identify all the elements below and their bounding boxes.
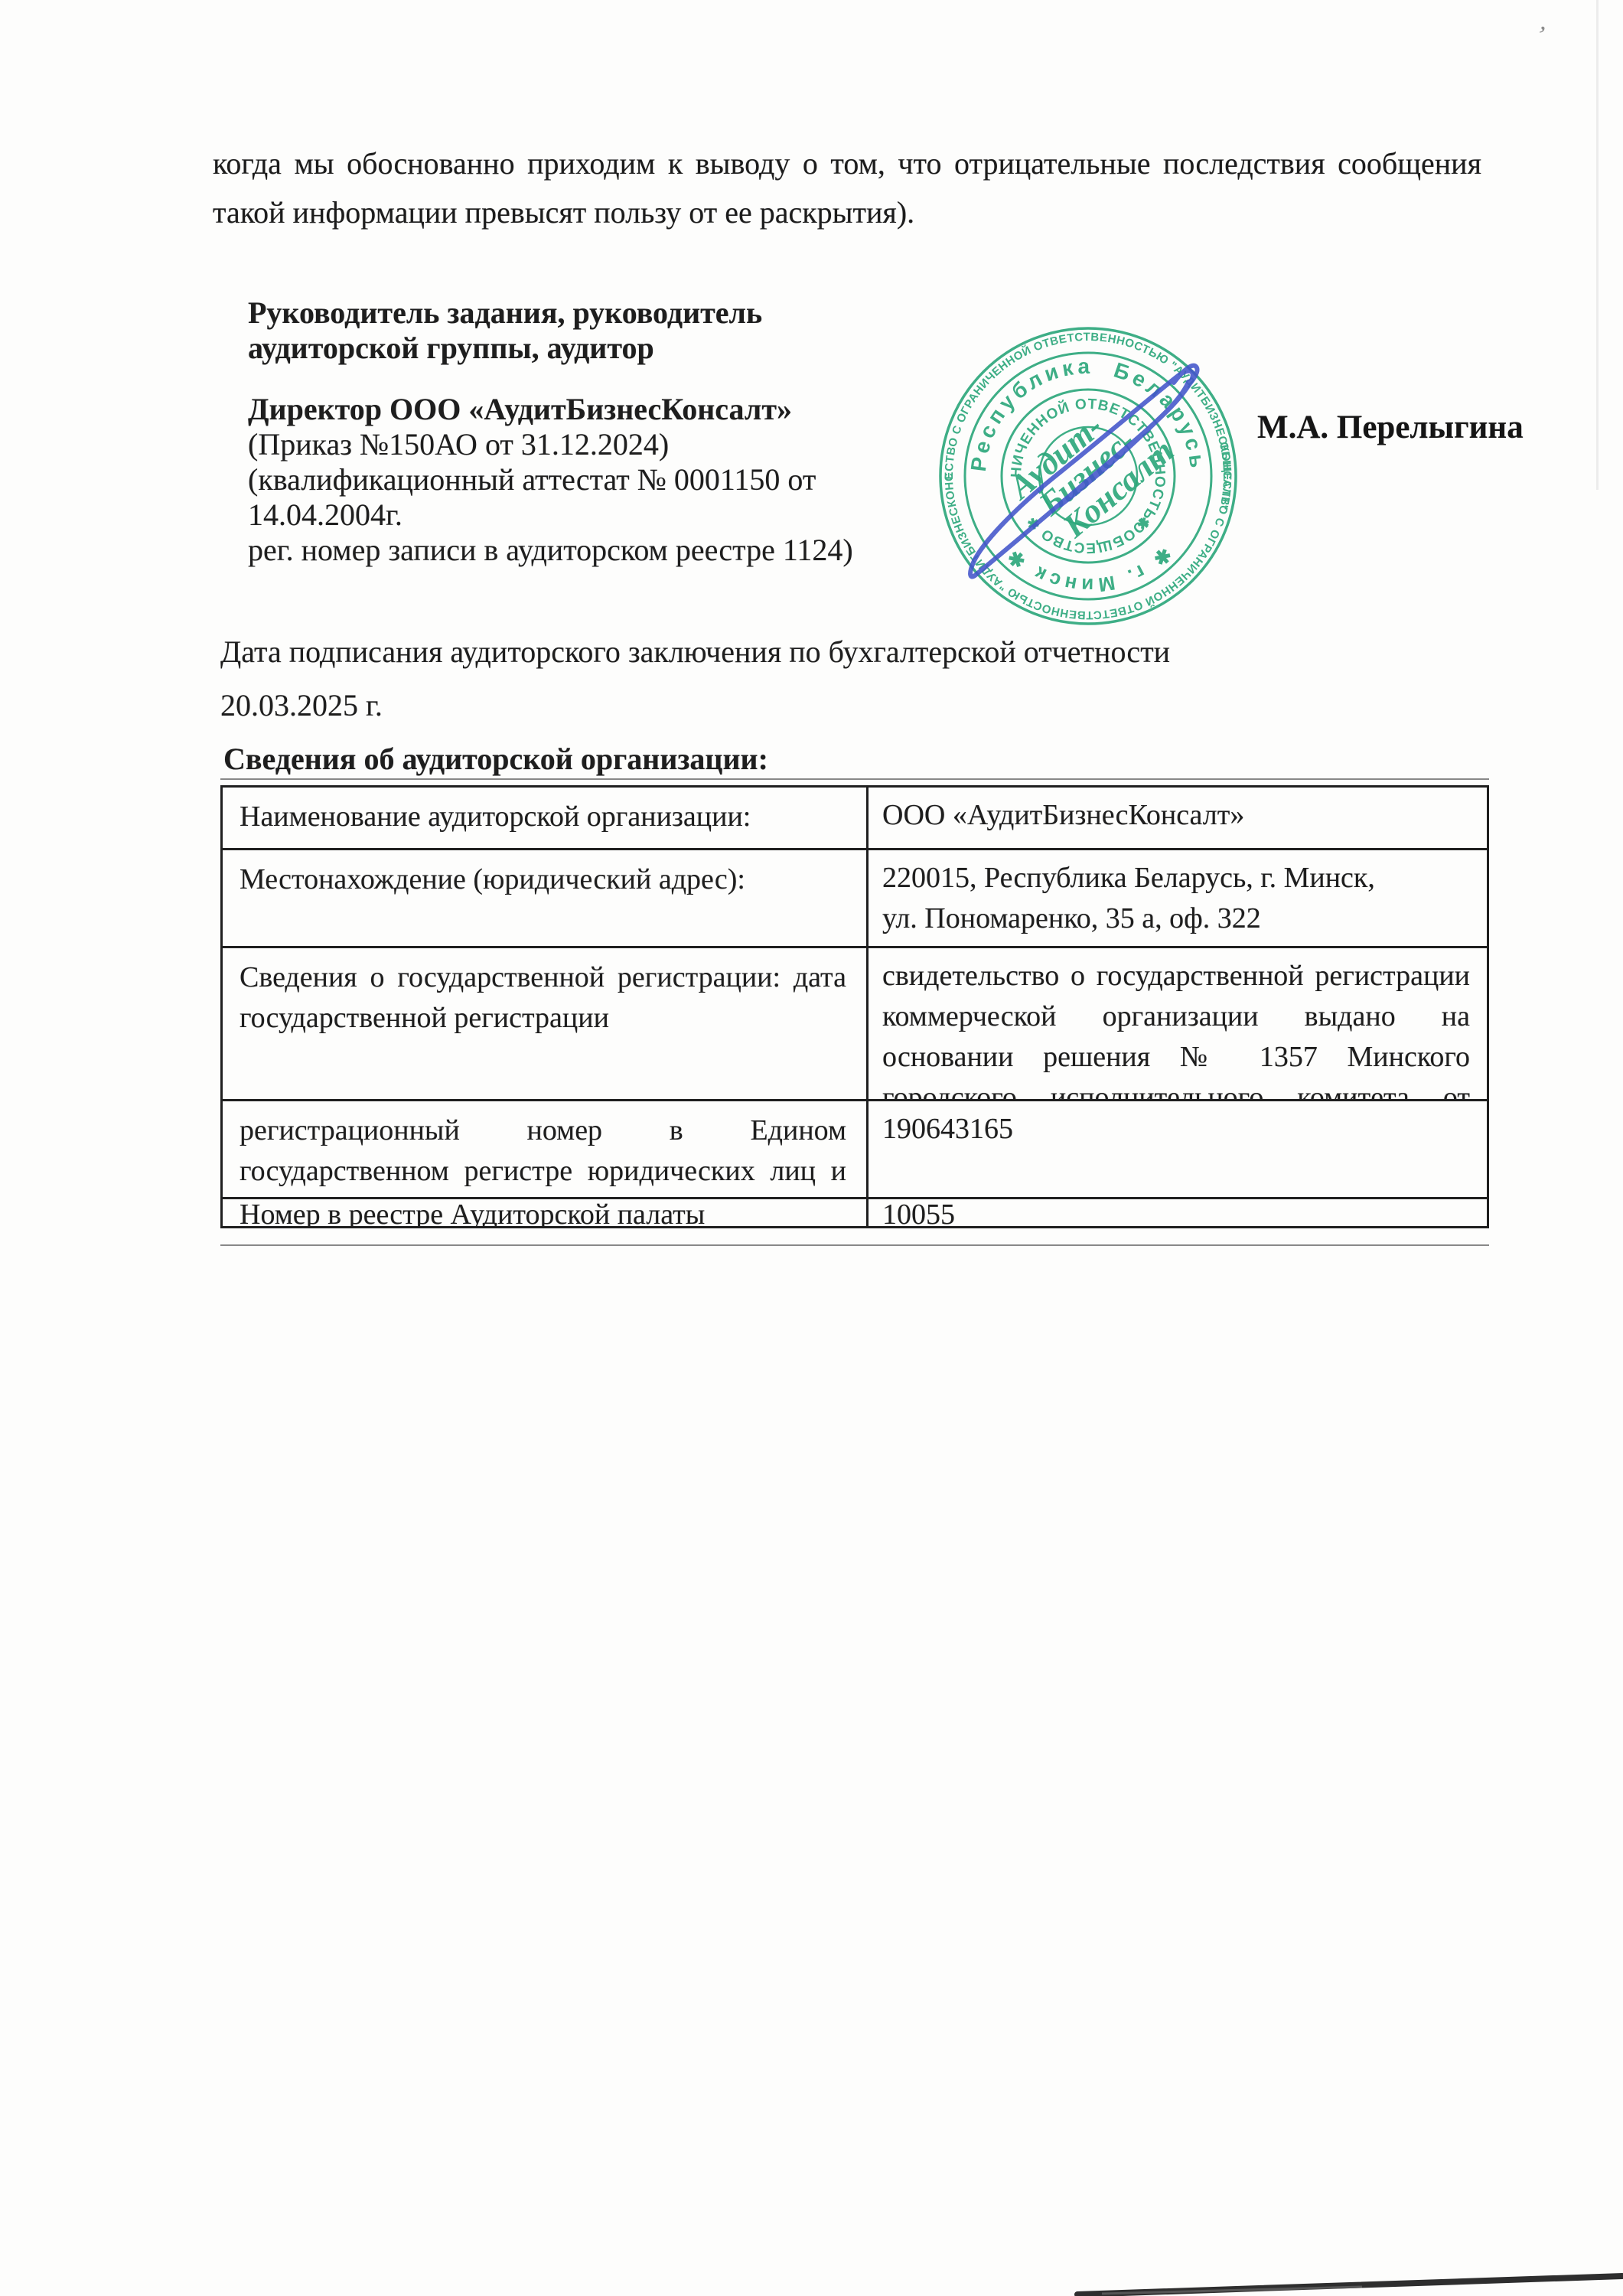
- closing-paragraph: когда мы обоснованно приходим к выводу о…: [213, 139, 1481, 237]
- org-info-section-title: Сведения об аудиторской организации:: [223, 741, 768, 777]
- director-line: Директор ООО «АудитБизнесКонсалт»: [248, 392, 853, 427]
- address-line-1: 220015, Республика Беларусь, г. Минск,: [882, 858, 1470, 899]
- table-row: Местонахождение (юридический адрес): 220…: [223, 848, 1487, 946]
- table-row: Номер в реестре Аудиторской палаты 10055: [223, 1197, 1487, 1226]
- table-row: Сведения о государственной регистрации: …: [223, 946, 1487, 1099]
- attestation-line-1: (квалификационный аттестат № 0001150 от: [248, 462, 853, 497]
- row-value: 10055: [866, 1199, 1487, 1226]
- row-value: 190643165: [866, 1101, 1487, 1197]
- table-row: Наименование аудиторской организации: ОО…: [223, 788, 1487, 848]
- scan-edge-line: [1596, 0, 1599, 490]
- scan-speck: ’: [1533, 21, 1549, 51]
- row-value: 220015, Республика Беларусь, г. Минск, у…: [866, 850, 1487, 946]
- signer-role-line-2: аудиторской группы, аудитор: [248, 331, 853, 366]
- order-line: (Приказ №150АО от 31.12.2024): [248, 427, 853, 462]
- auditor-org-table: Наименование аудиторской организации: ОО…: [220, 785, 1489, 1228]
- company-stamp: ОБЩЕСТВО С ОГРАНИЧЕННОЙ ОТВЕТСТВЕННОСТЬЮ…: [935, 323, 1241, 629]
- scanned-document-page: когда мы обоснованно приходим к выводу о…: [0, 0, 1623, 2296]
- row-value: свидетельство о государственной регистра…: [866, 948, 1487, 1099]
- address-line-2: ул. Пономаренко, 35 а, оф. 322: [882, 899, 1470, 939]
- scan-artifact-line: [220, 1244, 1489, 1246]
- signature-block: Руководитель задания, руководитель аудит…: [248, 295, 853, 568]
- row-label: Сведения о государственной регистрации: …: [223, 948, 866, 1099]
- registry-record-line: рег. номер записи в аудиторском реестре …: [248, 533, 853, 568]
- signer-name: М.А. Перелыгина: [1257, 409, 1524, 446]
- row-value: ООО «АудитБизнесКонсалт»: [866, 788, 1487, 848]
- scan-artifact-line: [220, 778, 1489, 780]
- row-label: Местонахождение (юридический адрес):: [223, 850, 866, 946]
- signer-role-line-1: Руководитель задания, руководитель: [248, 295, 853, 331]
- row-label: регистрационный номер в Едином государст…: [223, 1101, 866, 1197]
- signing-date-value: 20.03.2025 г.: [220, 687, 383, 723]
- row-label: Наименование аудиторской организации:: [223, 788, 866, 848]
- table-row: регистрационный номер в Едином государст…: [223, 1099, 1487, 1197]
- stamp-graphic: ОБЩЕСТВО С ОГРАНИЧЕННОЙ ОТВЕТСТВЕННОСТЬЮ…: [935, 323, 1241, 629]
- scan-bottom-edge-shadow: [1056, 2259, 1623, 2296]
- row-label: Номер в реестре Аудиторской палаты: [223, 1199, 866, 1226]
- attestation-line-2: 14.04.2004г.: [248, 497, 853, 533]
- signing-date-label: Дата подписания аудиторского заключения …: [220, 634, 1170, 670]
